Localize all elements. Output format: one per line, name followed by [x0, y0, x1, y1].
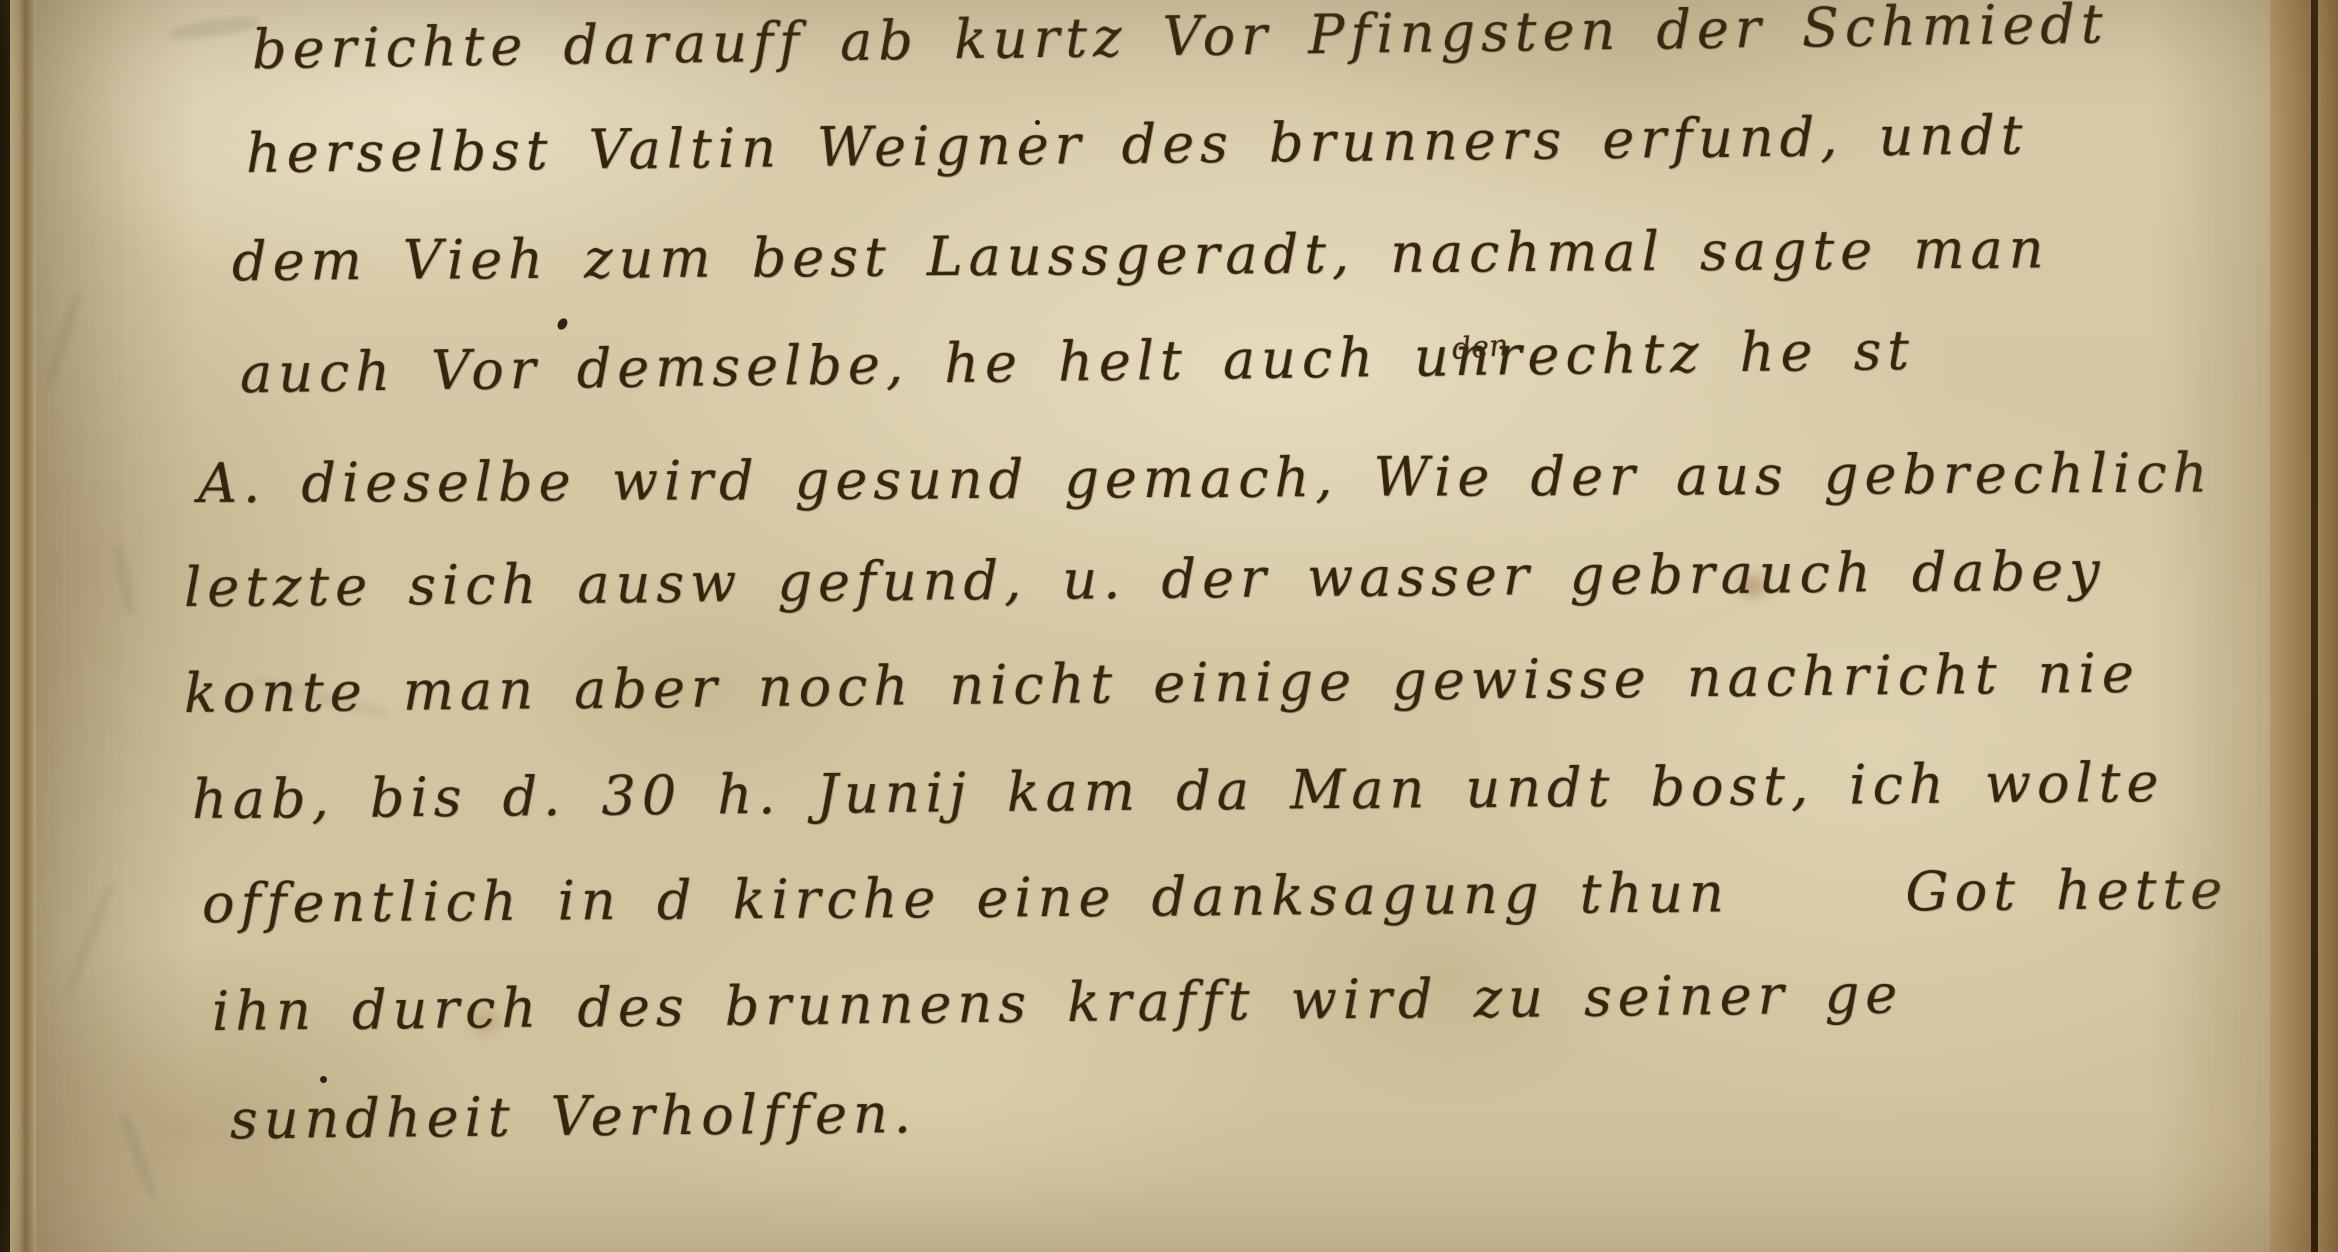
manuscript-page: berichte darauff ab kurtz Vor Pfingsten … [0, 0, 2338, 1252]
vignette-overlay [0, 0, 2338, 1252]
